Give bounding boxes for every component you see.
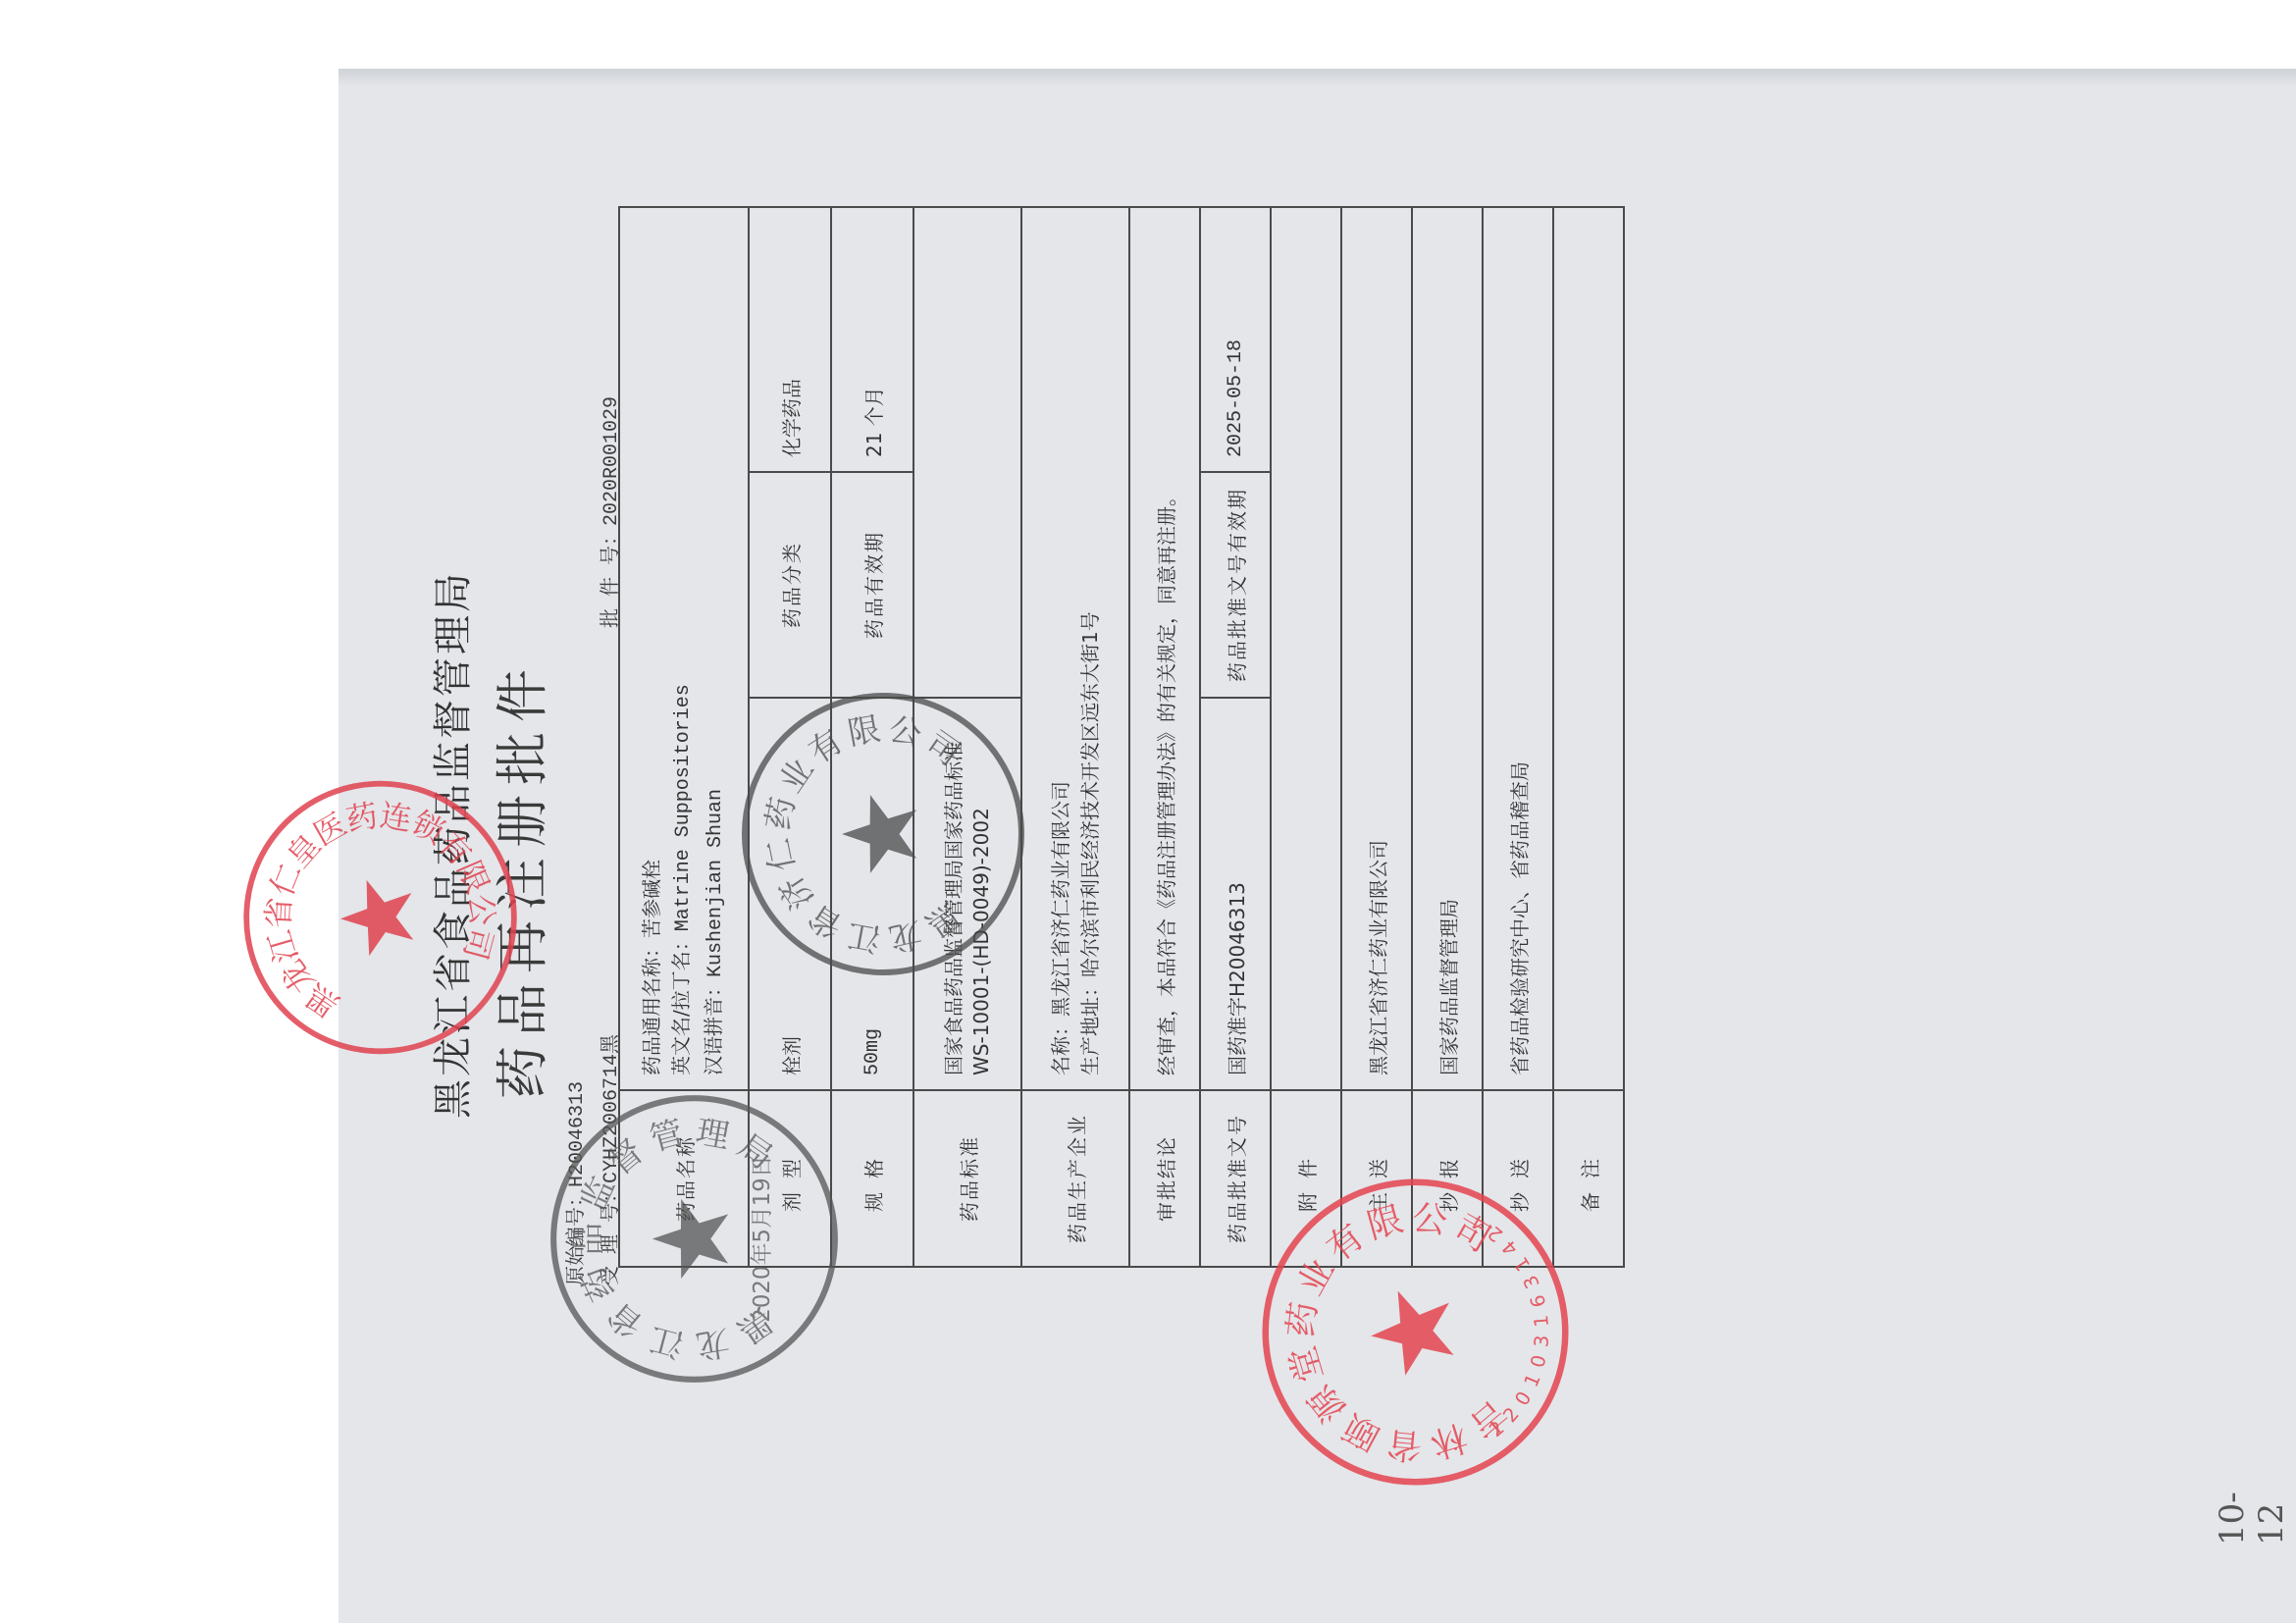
svg-text:龙: 龙 xyxy=(694,1322,733,1365)
standard-empty-cell xyxy=(913,207,1021,698)
english-name-label: 英文名/拉丁名： xyxy=(669,931,693,1075)
svg-text:省: 省 xyxy=(802,897,850,947)
official-seal-stamp: 黑龙江省药品监督管理局2020年5月19日 xyxy=(545,1089,844,1388)
manufacturer-address-label: 生产地址： xyxy=(1078,977,1102,1075)
svg-text:颐: 颐 xyxy=(1336,1405,1386,1457)
svg-text:省: 省 xyxy=(600,1295,651,1346)
approval-validity-value: 2025-05-18 xyxy=(1200,207,1271,472)
attachment-value xyxy=(1271,207,1341,1090)
manufacturer-name-value: 黑龙江省济仁药业有限公司 xyxy=(1049,781,1072,1017)
conclusion-value: 经审查，本品符合《药品注册管理办法》的有关规定，同意再注册。 xyxy=(1129,207,1200,1090)
label-approval-validity: 药品批准文号有效期 xyxy=(1200,472,1271,698)
svg-text:林: 林 xyxy=(1426,1416,1472,1465)
copy-send-value: 省药品检验研究中心、省药品稽查局 xyxy=(1483,207,1553,1090)
svg-text:4: 4 xyxy=(1497,1235,1522,1260)
generic-name-label: 药品通用名称： xyxy=(640,938,663,1075)
generic-name: 药品通用名称：苦参碱栓 xyxy=(637,222,666,1075)
svg-text:公: 公 xyxy=(1410,1198,1450,1242)
svg-text:1: 1 xyxy=(1509,1253,1535,1276)
svg-text:管: 管 xyxy=(646,1113,688,1158)
svg-text:限: 限 xyxy=(845,709,884,753)
svg-text:理: 理 xyxy=(694,1112,733,1155)
pharmacy-red-stamp: 吉林省颐源堂药业有限公司2201031631424 xyxy=(1256,1173,1575,1492)
manufacturer-seal-stamp: 黑龙江省济仁药业有限公司 xyxy=(736,687,1030,981)
svg-text:黑: 黑 xyxy=(918,895,967,945)
remarks-value xyxy=(1553,207,1624,1090)
row-approval-number: 药品批准文号 国药准字H20046313 药品批准文号有效期 2025-05-1… xyxy=(1200,207,1271,1267)
main-recipient-value: 黑龙江省济仁药业有限公司 xyxy=(1341,207,1412,1090)
svg-text:公: 公 xyxy=(462,893,501,927)
manufacturer-address-value: 哈尔滨市利民经济技术开发区远东大街1号 xyxy=(1078,611,1102,977)
svg-text:龙: 龙 xyxy=(886,915,926,959)
english-name-value: Matrine Suppositories xyxy=(672,684,695,931)
label-manufacturer: 药品生产企业 xyxy=(1021,1090,1129,1267)
svg-text:有: 有 xyxy=(1320,1217,1372,1270)
svg-text:1: 1 xyxy=(1520,1371,1545,1390)
pinyin-name-value: Kushenjian Shuan xyxy=(704,789,727,977)
manufacturer-address: 生产地址：哈尔滨市利民经济技术开发区远东大街1号 xyxy=(1075,222,1105,1075)
row-main-recipient: 主送 黑龙江省济仁药业有限公司 xyxy=(1341,207,1412,1267)
label-drug-class: 药品分类 xyxy=(749,472,831,698)
generic-name-value: 苦参碱栓 xyxy=(640,860,663,938)
svg-text:司: 司 xyxy=(456,924,500,965)
copy-report-value: 国家药品监督管理局 xyxy=(1412,207,1483,1090)
label-standard: 药品标准 xyxy=(913,1090,1021,1267)
scan-edge-shadow xyxy=(339,69,2296,86)
svg-text:0: 0 xyxy=(1510,1387,1536,1410)
svg-text:省: 省 xyxy=(1385,1423,1425,1466)
svg-text:2020年5月19日: 2020年5月19日 xyxy=(750,1155,775,1322)
label-conclusion: 审批结论 xyxy=(1129,1090,1200,1267)
svg-text:6: 6 xyxy=(1526,1292,1550,1310)
drug-name-cell: 药品通用名称：苦参碱栓 英文名/拉丁名：Matrine Suppositorie… xyxy=(619,207,749,1090)
manufacturer-name-label: 名称： xyxy=(1049,1017,1072,1075)
svg-text:药: 药 xyxy=(343,797,381,839)
svg-text:监: 监 xyxy=(573,1171,622,1217)
svg-text:药: 药 xyxy=(573,1261,622,1307)
shelf-life-value: 21 个月 xyxy=(831,207,913,472)
drug-class-value: 化学药品 xyxy=(749,207,831,472)
svg-text:药: 药 xyxy=(1281,1300,1326,1339)
svg-text:业: 业 xyxy=(1290,1252,1342,1302)
english-name: 英文名/拉丁名：Matrine Suppositories xyxy=(666,222,699,1075)
manufacturer-name: 名称：黑龙江省济仁药业有限公司 xyxy=(1046,222,1075,1075)
svg-text:督: 督 xyxy=(600,1132,651,1182)
svg-text:药: 药 xyxy=(758,794,803,833)
svg-text:司: 司 xyxy=(919,723,967,773)
row-remarks: 备注 xyxy=(1553,207,1624,1267)
row-copy-report: 抄报 国家药品监督管理局 xyxy=(1412,207,1483,1267)
distributor-red-stamp: 黑龙江省仁皇医药连锁有限公司 xyxy=(231,775,530,1060)
approval-number-value: 国药准字H20046313 xyxy=(1200,698,1271,1090)
svg-text:品: 品 xyxy=(568,1223,606,1256)
row-conclusion: 审批结论 经审查，本品符合《药品注册管理办法》的有关规定，同意再注册。 xyxy=(1129,207,1200,1267)
handwritten-note: 10-12 xyxy=(2213,1457,2291,1545)
svg-text:3: 3 xyxy=(1519,1272,1544,1292)
row-copy-send: 抄送 省药品检验研究中心、省药品稽查局 xyxy=(1483,207,1553,1267)
svg-text:堂: 堂 xyxy=(1282,1341,1331,1387)
manufacturer-cell: 名称：黑龙江省济仁药业有限公司 生产地址：哈尔滨市利民经济技术开发区远东大街1号 xyxy=(1021,207,1129,1090)
svg-text:3: 3 xyxy=(1530,1335,1553,1348)
svg-text:0: 0 xyxy=(1526,1353,1550,1370)
pinyin-name: 汉语拼音：Kushenjian Shuan xyxy=(699,222,731,1075)
svg-text:限: 限 xyxy=(1363,1199,1407,1247)
svg-text:江: 江 xyxy=(646,1319,688,1364)
row-attachment: 附件 xyxy=(1271,207,1341,1267)
svg-text:省: 省 xyxy=(259,896,297,929)
row-manufacturer: 药品生产企业 名称：黑龙江省济仁药业有限公司 生产地址：哈尔滨市利民经济技术开发… xyxy=(1021,207,1129,1267)
svg-text:仁: 仁 xyxy=(758,835,803,874)
pinyin-name-label: 汉语拼音： xyxy=(702,977,725,1075)
svg-text:1: 1 xyxy=(1530,1314,1553,1328)
svg-text:江: 江 xyxy=(845,916,884,959)
svg-text:公: 公 xyxy=(886,709,926,754)
label-shelf-life: 药品有效期 xyxy=(831,472,913,698)
